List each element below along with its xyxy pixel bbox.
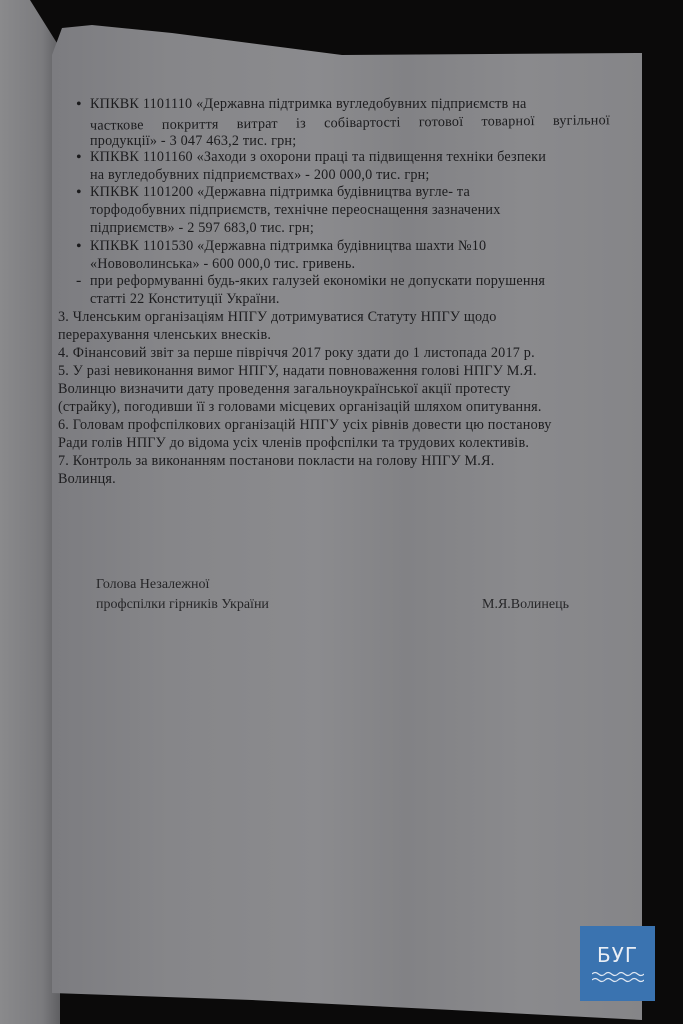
numbered-item: 7. Контроль за виконанням постанови покл… — [58, 453, 494, 470]
text-line: Ради голів НПГУ до відома усіх членів пр… — [58, 435, 529, 452]
text-line: КПКВК 1101160 «Заходи з охорони праці та… — [90, 149, 546, 166]
text-line: КПКВК 1101110 «Державна підтримка вуглед… — [90, 96, 610, 113]
text-line: Волинцю визначити дату проведення загаль… — [58, 381, 511, 398]
numbered-item: 6. Головам профспілкових організацій НПГ… — [58, 417, 552, 434]
numbered-item: 3. Членським організаціям НПГУ дотримува… — [58, 309, 497, 326]
adjacent-page-edge — [0, 0, 60, 1024]
text-line: підприємств» - 2 597 683,0 тис. грн; — [90, 220, 314, 237]
waves-icon — [592, 970, 644, 984]
bullet-icon: • — [76, 185, 82, 201]
watermark-logo: БУГ — [580, 926, 655, 1001]
text-line: КПКВК 1101530 «Державна підтримка будівн… — [90, 238, 486, 255]
numbered-item: 5. У разі невиконання вимог НПГУ, надати… — [58, 363, 537, 380]
dash-marker: - — [76, 273, 81, 289]
text-line: торфодобувних підприємств, технічне пере… — [90, 202, 501, 219]
text-line: (страйку), погодивши її з головами місце… — [58, 399, 542, 416]
document-page: • КПКВК 1101110 «Державна підтримка вугл… — [52, 25, 642, 1024]
signature-title-line2: профспілки гірників України — [96, 597, 269, 613]
text-line: на вугледобувних підприємствах» - 200 00… — [90, 167, 430, 184]
text-line: Волинця. — [58, 471, 116, 488]
text-line: КПКВК 1101200 «Державна підтримка будівн… — [90, 184, 470, 201]
text-line: перерахування членських внесків. — [58, 327, 271, 344]
signature-title-line1: Голова Незалежної — [96, 577, 209, 593]
text-line: часткове покриття витрат із собівартості… — [90, 112, 610, 134]
bullet-icon: • — [76, 239, 82, 255]
bullet-icon: • — [76, 150, 82, 166]
text-line: статті 22 Конституції України. — [90, 291, 280, 308]
signature-name: М.Я.Волинець — [482, 597, 569, 613]
text-line: продукції» - 3 047 463,2 тис. грн; — [90, 133, 296, 150]
watermark-text: БУГ — [597, 944, 638, 966]
text-line: при реформуванні будь-яких галузей еконо… — [90, 273, 545, 290]
text-line: «Нововолинська» - 600 000,0 тис. гривень… — [90, 256, 355, 273]
numbered-item: 4. Фінансовий звіт за перше півріччя 201… — [58, 345, 535, 362]
bullet-icon: • — [76, 97, 82, 113]
